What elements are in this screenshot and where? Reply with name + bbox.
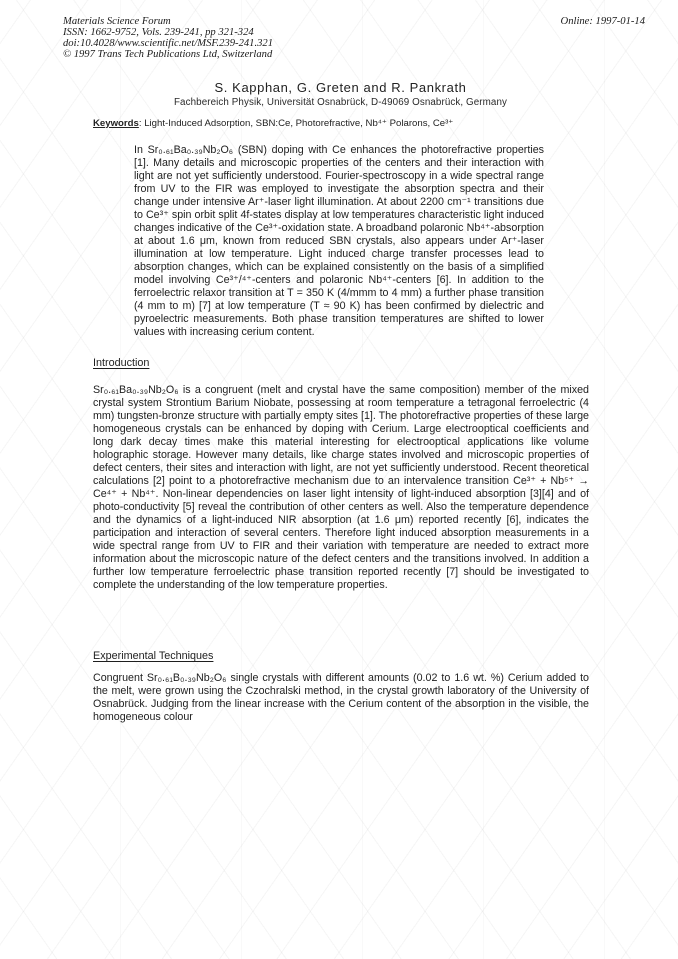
copyright-line: © 1997 Trans Tech Publications Ltd, Swit… xyxy=(63,49,645,60)
affiliation-line: Fachbereich Physik, Universität Osnabrüc… xyxy=(63,97,618,108)
publisher-header: Materials Science Forum Online: 1997-01-… xyxy=(63,16,645,60)
doi-line: doi:10.4028/www.scientific.net/MSF.239-2… xyxy=(63,38,645,49)
paper-page: Materials Science Forum Online: 1997-01-… xyxy=(0,0,678,959)
keywords-label: Keywords xyxy=(93,118,139,129)
experimental-paragraph: Congruent Sr₀.₆₁B₀.₃₉Nb₂O₆ single crysta… xyxy=(93,672,589,724)
online-date: Online: 1997-01-14 xyxy=(561,16,645,27)
authors-line: S. Kapphan, G. Greten and R. Pankrath xyxy=(93,80,588,95)
abstract-paragraph: In Sr₀.₆₁Ba₀.₃₉Nb₂O₆ (SBN) doping with C… xyxy=(134,144,544,339)
journal-title: Materials Science Forum xyxy=(63,16,171,27)
keywords-line: Keywords: Light-Induced Adsorption, SBN:… xyxy=(93,118,623,129)
keywords-text: Light-Induced Adsorption, SBN:Ce, Photor… xyxy=(144,118,453,129)
introduction-paragraph: Sr₀.₆₁Ba₀.₃₉Nb₂O₆ is a congruent (melt a… xyxy=(93,384,589,592)
section-heading-introduction: Introduction xyxy=(93,357,149,369)
issn-line: ISSN: 1662-9752, Vols. 239-241, pp 321-3… xyxy=(63,27,645,38)
section-heading-experimental: Experimental Techniques xyxy=(93,650,213,662)
